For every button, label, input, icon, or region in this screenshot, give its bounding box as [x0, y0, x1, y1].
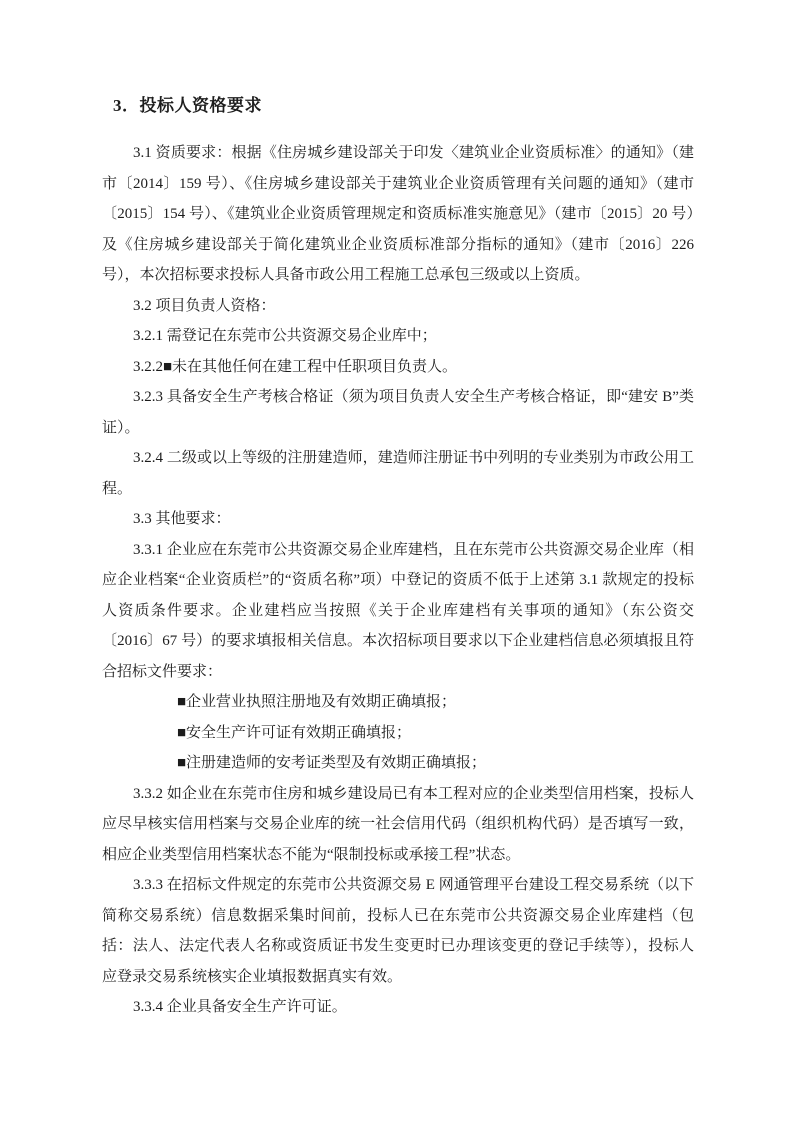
- paragraph-3-2: 3.2 项目负责人资格：: [102, 291, 694, 322]
- paragraph-3-2-3: 3.2.3 具备安全生产考核合格证（须为项目负责人安全生产考核合格证，即“建安 …: [102, 382, 694, 443]
- paragraph-3-3-2: 3.3.2 如企业在东莞市住房和城乡建设局已有本工程对应的企业类型信用档案，投标…: [102, 779, 694, 871]
- paragraph-3-2-1: 3.2.1 需登记在东莞市公共资源交易企业库中；: [102, 321, 694, 352]
- bullet-item-safety: ■安全生产许可证有效期正确填报；: [102, 718, 694, 749]
- paragraph-3-1: 3.1 资质要求：根据《住房城乡建设部关于印发〈建筑业企业资质标准〉的通知》（建…: [102, 138, 694, 291]
- document-page: 3．投标人资格要求 3.1 资质要求：根据《住房城乡建设部关于印发〈建筑业企业资…: [0, 0, 794, 1123]
- bullet-item-constructor: ■注册建造师的安考证类型及有效期正确填报；: [102, 748, 694, 779]
- section-heading: 3．投标人资格要求: [102, 95, 694, 117]
- paragraph-3-3-4: 3.3.4 企业具备安全生产许可证。: [102, 992, 694, 1023]
- document-content: 3．投标人资格要求 3.1 资质要求：根据《住房城乡建设部关于印发〈建筑业企业资…: [102, 95, 694, 1023]
- paragraph-3-2-2: 3.2.2■未在其他任何在建工程中任职项目负责人。: [102, 352, 694, 383]
- paragraph-3-3-3: 3.3.3 在招标文件规定的东莞市公共资源交易 E 网通管理平台建设工程交易系统…: [102, 870, 694, 992]
- paragraph-3-3-1: 3.3.1 企业应在东莞市公共资源交易企业库建档，且在东莞市公共资源交易企业库（…: [102, 535, 694, 688]
- bullet-item-license: ■企业营业执照注册地及有效期正确填报；: [102, 687, 694, 718]
- paragraph-3-2-4: 3.2.4 二级或以上等级的注册建造师，建造师注册证书中列明的专业类别为市政公用…: [102, 443, 694, 504]
- paragraph-3-3: 3.3 其他要求：: [102, 504, 694, 535]
